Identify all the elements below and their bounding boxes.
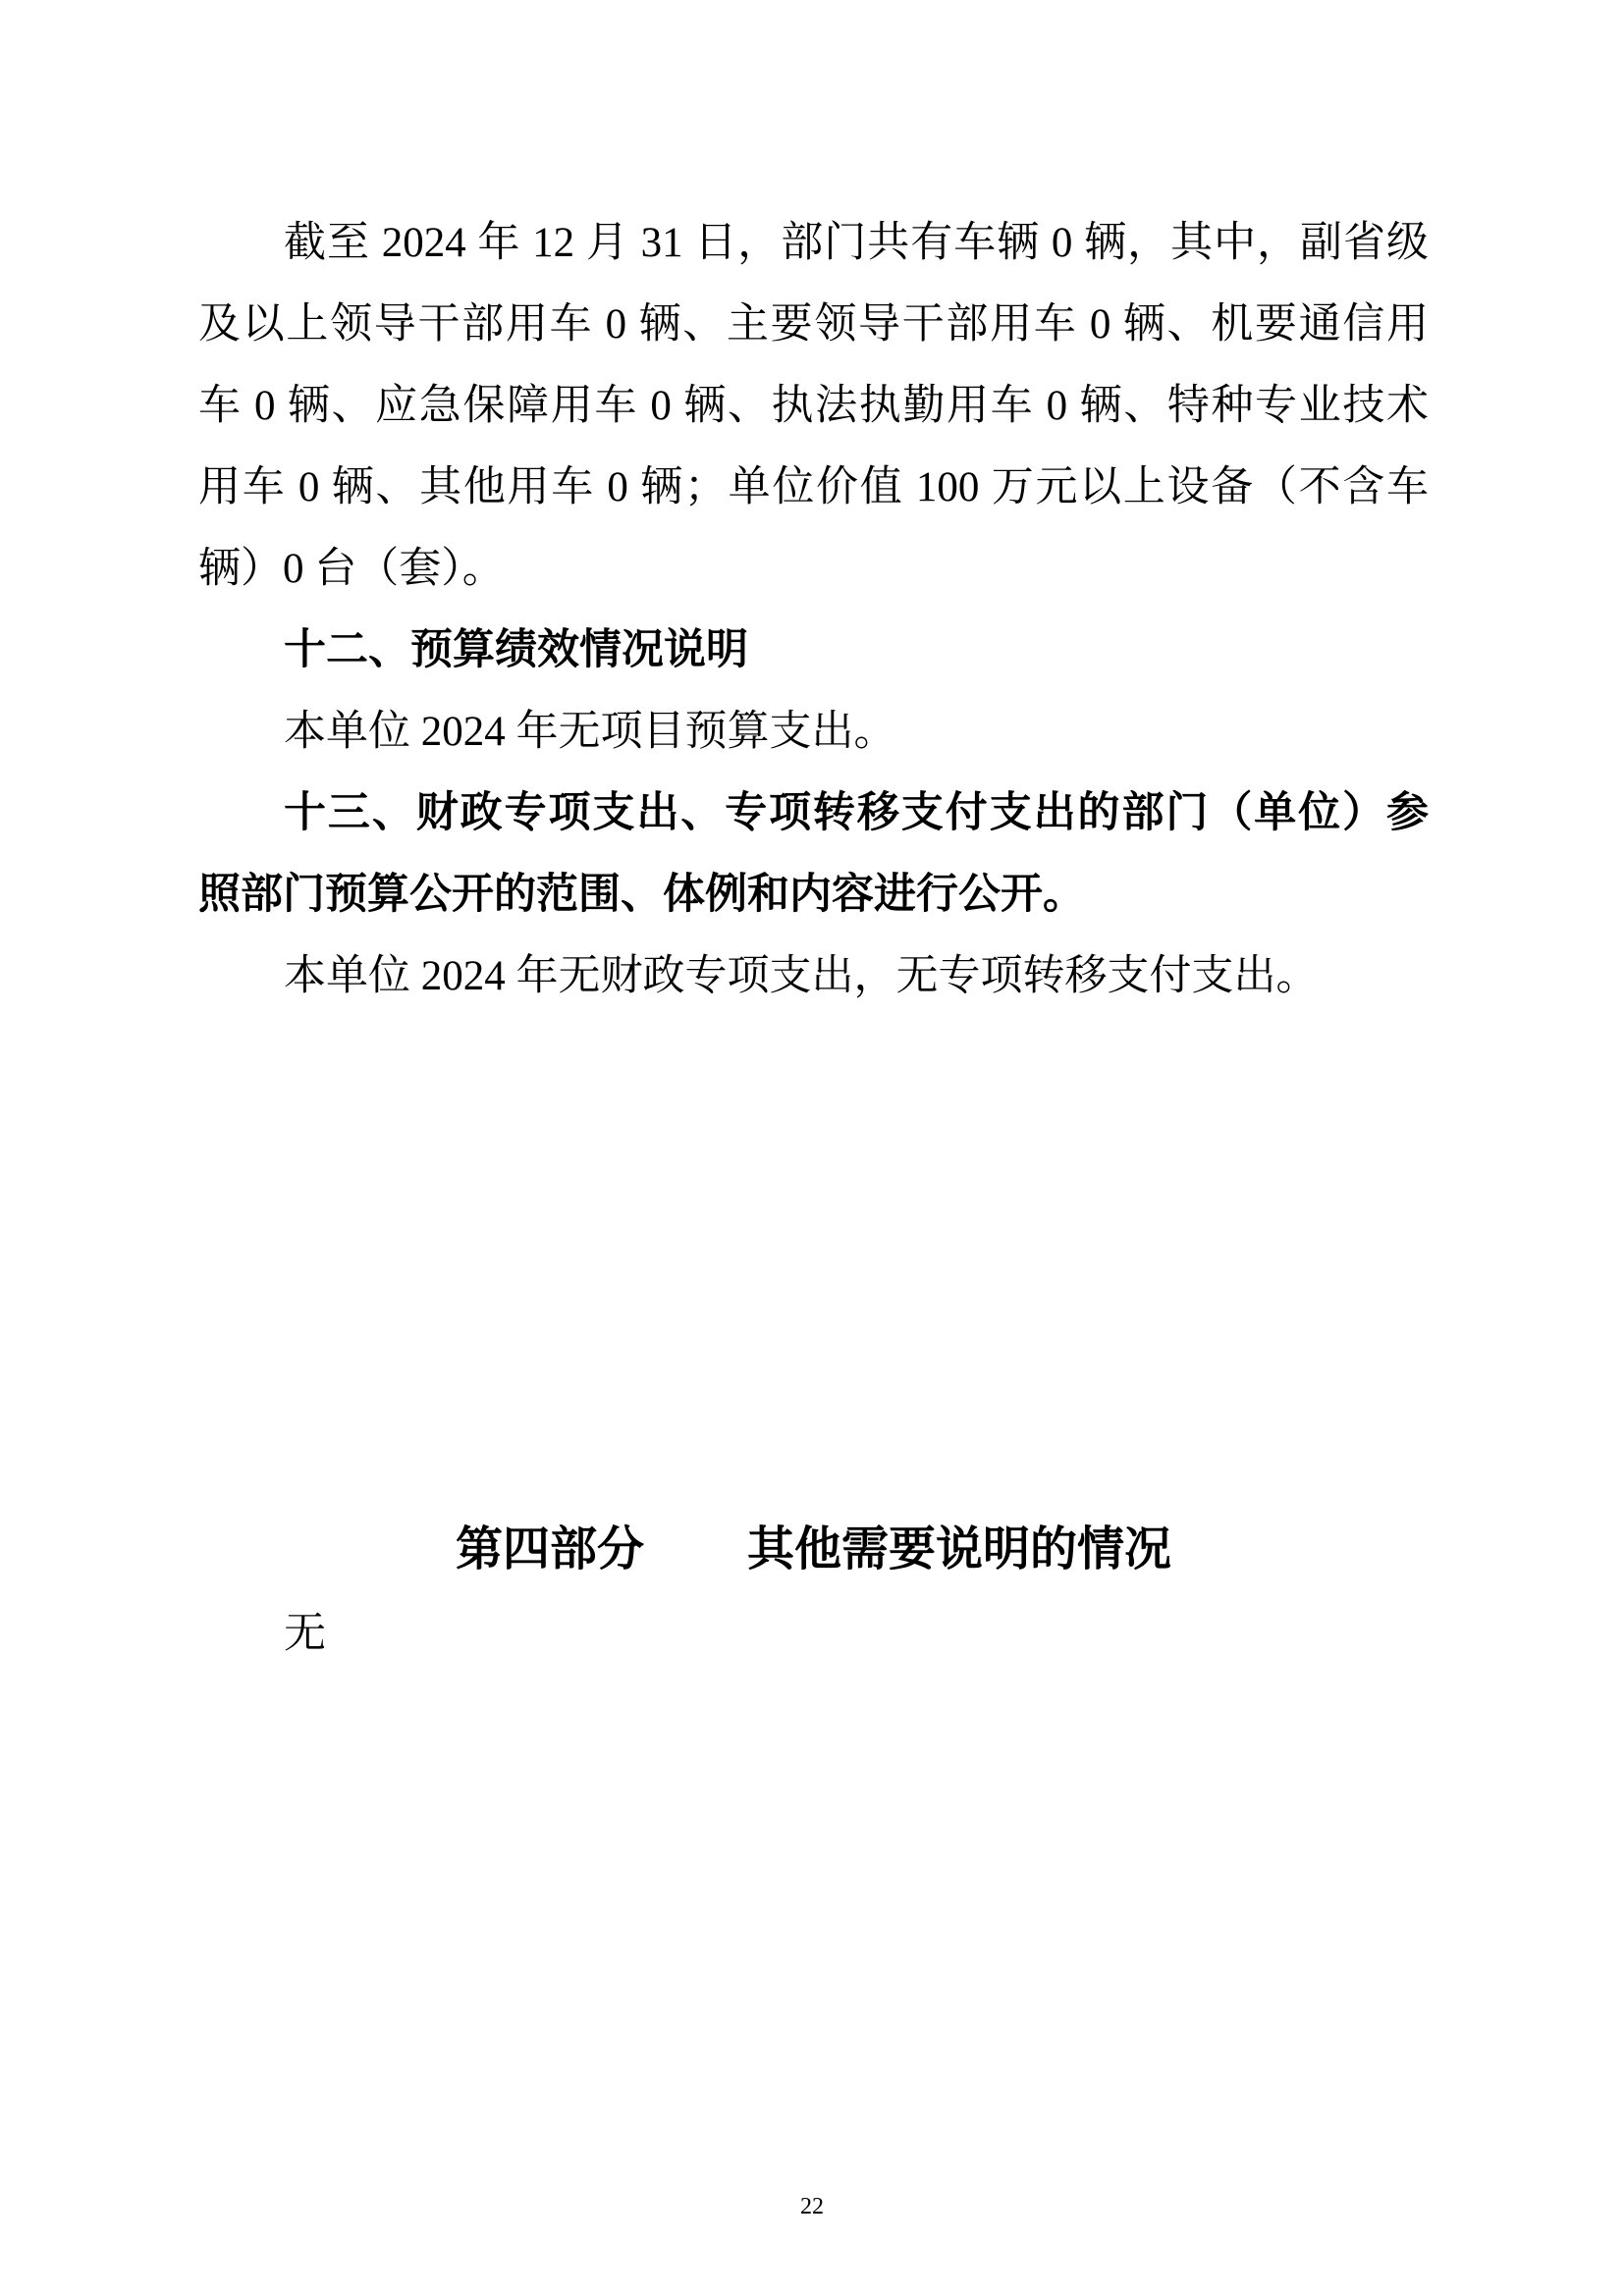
body-line: 及以上领导干部用车 0 辆、主要领导干部用车 0 辆、机要通信用	[198, 284, 1429, 365]
page-number: 22	[0, 2193, 1624, 2220]
body-line: 无	[198, 1593, 1429, 1675]
section-heading-13: 十三、财政专项支出、专项转移支付支出的部门（单位）参	[198, 773, 1429, 854]
document-body: 截至 2024 年 12 月 31 日，部门共有车辆 0 辆，其中，副省级 及以…	[198, 202, 1429, 1675]
section-heading-12: 十二、预算绩效情况说明	[198, 610, 1429, 691]
body-line: 辆）0 台（套）。	[198, 528, 1429, 610]
body-line: 车 0 辆、应急保障用车 0 辆、执法执勤用车 0 辆、特种专业技术	[198, 365, 1429, 447]
section-heading-13-cont: 照部门预算公开的范围、体例和内容进行公开。	[198, 854, 1429, 935]
part4-title: 其他需要说明的情况	[747, 1521, 1171, 1579]
body-line: 本单位 2024 年无项目预算支出。	[198, 691, 1429, 773]
body-line: 用车 0 辆、其他用车 0 辆；单位价值 100 万元以上设备（不含车	[198, 447, 1429, 528]
document-page: 截至 2024 年 12 月 31 日，部门共有车辆 0 辆，其中，副省级 及以…	[0, 0, 1624, 2296]
body-line: 截至 2024 年 12 月 31 日，部门共有车辆 0 辆，其中，副省级	[198, 202, 1429, 284]
part4-label: 第四部分	[456, 1521, 644, 1579]
part4-heading: 第四部分 其他需要说明的情况	[198, 1521, 1429, 1579]
body-line: 本单位 2024 年无财政专项支出，无专项转移支付支出。	[198, 935, 1429, 1017]
